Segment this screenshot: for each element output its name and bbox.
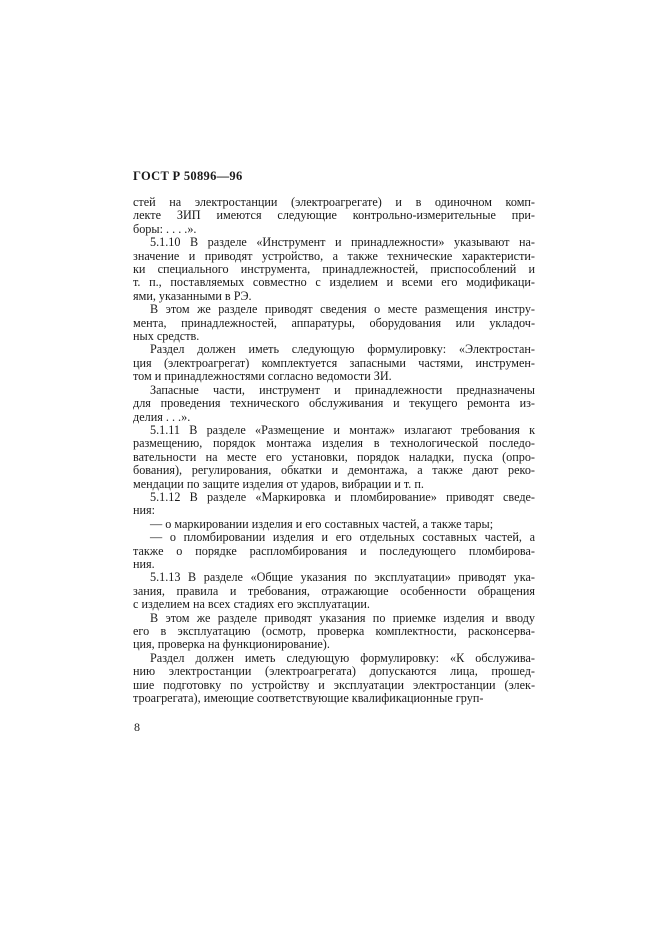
text-line: ями, указанными в РЭ. — [133, 290, 535, 303]
text-line: т. п., поставляемых совместно с изделием… — [133, 276, 535, 289]
text-line: Запасные части, инструмент и принадлежно… — [133, 384, 535, 397]
paragraph: стей на электростанции (электроагрегате)… — [133, 196, 535, 236]
text-line: ния. — [133, 558, 535, 571]
text-line: 5.1.13 В разделе «Общие указания по эксп… — [133, 571, 535, 584]
text-line: ция (электроагрегат) комплектуется запас… — [133, 357, 535, 370]
paragraph: Раздел должен иметь следующую формулиров… — [133, 652, 535, 706]
text-line: лекте ЗИП имеются следующие контрольно-и… — [133, 209, 535, 222]
text-line: вательности на месте его установки, поря… — [133, 451, 535, 464]
text-line: с изделием на всех стадиях его эксплуата… — [133, 598, 535, 611]
text-line: троагрегата), имеющие соответствующие кв… — [133, 692, 535, 705]
text-line: его в эксплуатацию (осмотр, проверка ком… — [133, 625, 535, 638]
text-line: размещению, порядок монтажа изделия в те… — [133, 437, 535, 450]
paragraph: 5.1.12 В разделе «Маркировка и пломбиров… — [133, 491, 535, 518]
text-line: В этом же разделе приводят указания по п… — [133, 612, 535, 625]
text-line: ки специального инструмента, принадлежно… — [133, 263, 535, 276]
text-line: — о пломбировании изделия и его отдельны… — [133, 531, 535, 544]
text-line: ных средств. — [133, 330, 535, 343]
paragraph: Запасные части, инструмент и принадлежно… — [133, 384, 535, 424]
document-header: ГОСТ Р 50896—96 — [133, 169, 243, 184]
paragraph: Раздел должен иметь следующую формулиров… — [133, 343, 535, 383]
paragraph: — о маркировании изделия и его составных… — [133, 518, 535, 531]
paragraph: 5.1.13 В разделе «Общие указания по эксп… — [133, 571, 535, 611]
paragraph: В этом же разделе приводят указания по п… — [133, 612, 535, 652]
text-line: также о порядке распломбирования и после… — [133, 545, 535, 558]
text-line: значение и приводят устройство, а также … — [133, 250, 535, 263]
paragraph: 5.1.10 В разделе «Инструмент и принадлеж… — [133, 236, 535, 303]
text-line: зания, правила и требования, отражающие … — [133, 585, 535, 598]
text-line: делия . . .». — [133, 411, 535, 424]
text-line: В этом же разделе приводят сведения о ме… — [133, 303, 535, 316]
text-line: мента, принадлежностей, аппаратуры, обор… — [133, 317, 535, 330]
document-body: стей на электростанции (электроагрегате)… — [133, 196, 535, 705]
text-line: мендации по защите изделия от ударов, ви… — [133, 478, 535, 491]
text-line: нию электростанции (электроагрегата) доп… — [133, 665, 535, 678]
page-number: 8 — [134, 720, 140, 735]
paragraph: 5.1.11 В разделе «Размещение и монтаж» и… — [133, 424, 535, 491]
text-line: 5.1.12 В разделе «Маркировка и пломбиров… — [133, 491, 535, 504]
text-line: шие подготовку по устройству и эксплуата… — [133, 679, 535, 692]
document-page: ГОСТ Р 50896—96 стей на электростанции (… — [0, 0, 661, 935]
paragraph: — о пломбировании изделия и его отдельны… — [133, 531, 535, 571]
text-line: боры: . . . .». — [133, 223, 535, 236]
text-line: Раздел должен иметь следующую формулиров… — [133, 343, 535, 356]
text-line: бования), регулирования, обкатки и демон… — [133, 464, 535, 477]
text-line: для проведения технического обслуживания… — [133, 397, 535, 410]
text-line: ния: — [133, 504, 535, 517]
text-line: стей на электростанции (электроагрегате)… — [133, 196, 535, 209]
text-line: 5.1.10 В разделе «Инструмент и принадлеж… — [133, 236, 535, 249]
text-line: — о маркировании изделия и его составных… — [133, 518, 535, 531]
text-line: 5.1.11 В разделе «Размещение и монтаж» и… — [133, 424, 535, 437]
paragraph: В этом же разделе приводят сведения о ме… — [133, 303, 535, 343]
text-line: Раздел должен иметь следующую формулиров… — [133, 652, 535, 665]
text-line: том и принадлежностями согласно ведомост… — [133, 370, 535, 383]
text-line: ция, проверка на функционирование). — [133, 638, 535, 651]
